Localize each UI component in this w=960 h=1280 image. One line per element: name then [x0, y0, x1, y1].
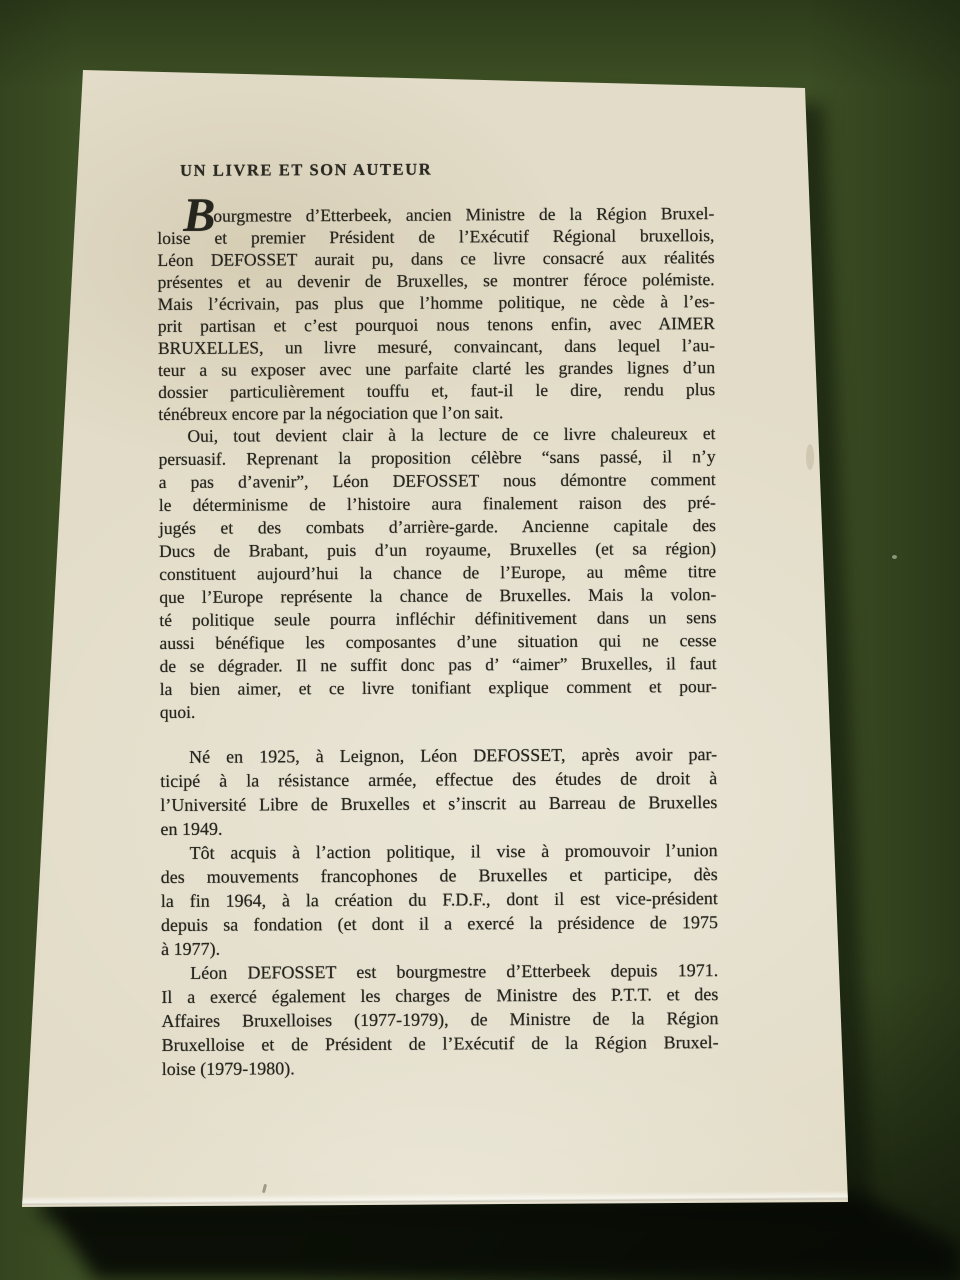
text-line: de se dégrader. Il ne suffit donc pas d’…: [160, 652, 717, 678]
text-line: la fin 1964, à la création du F.D.F., do…: [161, 886, 718, 913]
text-line: Mais l’écrivain, pas plus que l’homme po…: [158, 290, 715, 315]
paragraphs: Bourgmestre d’Etterbeek, ancien Ministre…: [157, 202, 719, 1081]
text-line: quoi.: [160, 698, 717, 724]
text-line: Léon DEFOSSET est bourgmestre d’Etterbee…: [161, 958, 718, 985]
text-line: Né en 1925, à Leignon, Léon DEFOSSET, ap…: [160, 742, 717, 769]
text-line: loise (1979-1980).: [162, 1054, 719, 1081]
text-line: Ducs de Brabant, puis d’un royaume, Brux…: [159, 537, 716, 563]
text-line: persuasif. Reprenant la proposition célè…: [159, 445, 716, 471]
drop-cap-letter: B: [183, 192, 215, 240]
text-line: teur a su exposer avec une parfaite clar…: [158, 356, 715, 381]
paragraph-4: Tôt acquis à l’action politique, il vise…: [161, 838, 719, 961]
text-line: le déterminisme de l’histoire aura final…: [159, 491, 716, 517]
text-line: a pas d’avenir”, Léon DEFOSSET nous démo…: [159, 468, 716, 494]
text-line: BRUXELLES, un livre mesuré, convaincant,…: [158, 334, 715, 359]
text-block: UN LIVRE ET SON AUTEUR Bourgmestre d’Ett…: [157, 158, 719, 1081]
photo-of-book-back-cover: { "photo": { "background_color": "#3e502…: [0, 0, 960, 1280]
text-line: Tôt acquis à l’action politique, il vise…: [161, 838, 718, 865]
text-line: loise et premier Président de l’Exécutif…: [157, 224, 714, 249]
text-line: jugés et des combats d’arrière-garde. An…: [159, 514, 716, 540]
text-line: dossier particulièrement touffu et, faut…: [158, 378, 715, 403]
text-line: Affaires Bruxelloises (1977-1979), de Mi…: [161, 1006, 718, 1033]
text-line: ourgmestre d’Etterbeek, ancien Ministre …: [157, 202, 714, 227]
text-line: Léon DEFOSSET aurait pu, dans ce livre c…: [157, 246, 714, 271]
text-line: prit partisan et c’est pourquoi nous ten…: [158, 312, 715, 337]
text-line: depuis sa fondation (et dont il a exercé…: [161, 910, 718, 937]
text-line: té politique seule pourra infléchir défi…: [159, 606, 716, 632]
text-line: Bruxelloise et de Président de l’Exécuti…: [162, 1030, 719, 1057]
text-line: ticipé à la résistance armée, effectue d…: [160, 766, 717, 793]
paragraph-5: Léon DEFOSSET est bourgmestre d’Etterbee…: [161, 958, 719, 1081]
text-line: présentes et au devenir de Bruxelles, se…: [158, 268, 715, 293]
text-line: constituent aujourd’hui la chance de l’E…: [159, 560, 716, 586]
text-line: à 1977).: [161, 934, 718, 961]
paragraph-1: Bourgmestre d’Etterbeek, ancien Ministre…: [157, 202, 715, 425]
cover-smudge: [806, 444, 814, 470]
text-line: l’Université Libre de Bruxelles et s’ins…: [160, 790, 717, 817]
text-line: en 1949.: [160, 814, 717, 841]
paragraph-3: Né en 1925, à Leignon, Léon DEFOSSET, ap…: [160, 742, 717, 841]
text-line: Oui, tout devient clair à la lecture de …: [158, 422, 715, 448]
text-line: la bien aimer, et ce livre tonifiant exp…: [160, 675, 717, 701]
cover-fleck: [262, 1184, 267, 1193]
text-line: des mouvements francophones de Bruxelles…: [161, 862, 718, 889]
heading: UN LIVRE ET SON AUTEUR: [180, 158, 714, 181]
text-line: que l’Europe représente la chance de Bru…: [159, 583, 716, 609]
text-line: aussi bénéfique les composantes d’une si…: [159, 629, 716, 655]
text-line: ténébreux encore par la négociation que …: [158, 400, 715, 425]
paragraph-2: Oui, tout devient clair à la lecture de …: [158, 422, 717, 724]
text-line: Il a exercé également les charges de Min…: [161, 982, 718, 1009]
